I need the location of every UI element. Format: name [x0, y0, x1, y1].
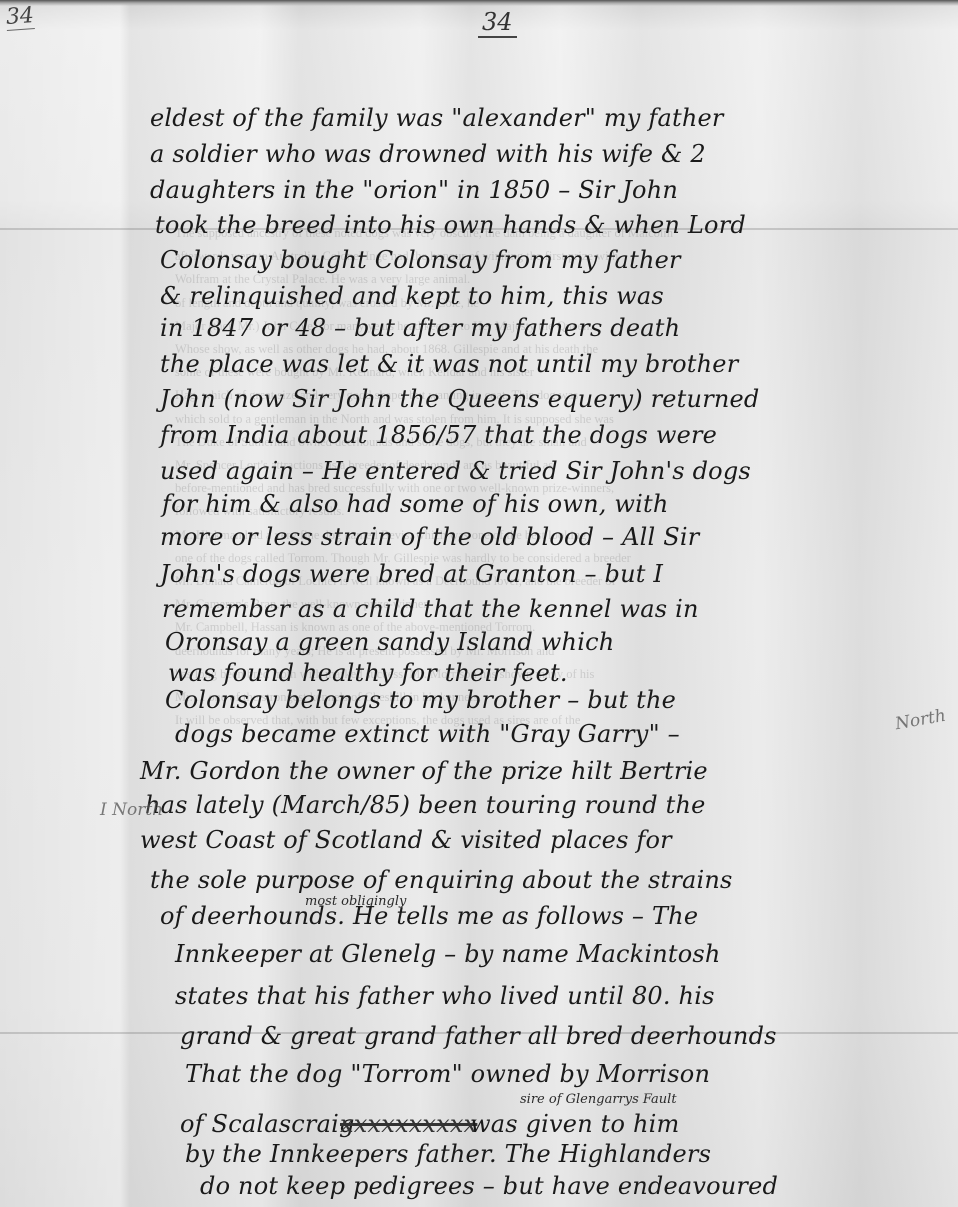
- handwritten-line: of Scalascraig: [180, 1110, 355, 1138]
- handwritten-line: dogs became extinct with "Gray Garry" –: [175, 720, 680, 748]
- handwritten-line: That the dog "Torrom" owned by Morrison: [185, 1060, 710, 1088]
- handwritten-line: a soldier who was drowned with his wife …: [150, 140, 706, 168]
- handwritten-line: John's dogs were bred at Granton – but I: [160, 560, 663, 588]
- handwritten-line: more or less strain of the old blood – A…: [160, 523, 699, 551]
- handwritten-line: daughters in the "orion" in 1850 – Sir J…: [150, 176, 678, 204]
- handwritten-line: has lately (March/85) been touring round…: [145, 791, 706, 819]
- handwritten-line: took the breed into his own hands & when…: [155, 211, 746, 239]
- handwritten-line: was found healthy for their feet.: [168, 659, 568, 687]
- interlinear-insertion: sire of Glengarrys Fault: [520, 1092, 677, 1107]
- handwritten-line: grand & great grand father all bred deer…: [180, 1022, 777, 1050]
- manuscript-page: The supposed ancestry of these noted dog…: [0, 0, 958, 1207]
- struck-out-text: xxxxxxxxxx: [340, 1110, 477, 1138]
- handwritten-line: do not keep pedigrees – but have endeavo…: [200, 1172, 778, 1200]
- handwritten-line: for him & also had some of his own, with: [162, 490, 669, 518]
- handwritten-line: the place was let & it was not until my …: [160, 350, 738, 378]
- handwritten-line: Colonsay belongs to my brother – but the: [165, 686, 676, 714]
- handwritten-line: used again – He entered & tried Sir John…: [160, 457, 751, 485]
- handwritten-line: states that his father who lived until 8…: [175, 982, 715, 1010]
- handwritten-line: west Coast of Scotland & visited places …: [140, 826, 672, 854]
- handwritten-line: of deerhounds. He tells me as follows – …: [160, 902, 698, 930]
- handwritten-line: the sole purpose of enquiring about the …: [150, 866, 733, 894]
- handwritten-line: from India about 1856/57 that the dogs w…: [160, 421, 717, 449]
- handwritten-line: Innkeeper at Glenelg – by name Mackintos…: [175, 940, 721, 968]
- corner-page-number: 34: [5, 3, 35, 31]
- handwritten-line: eldest of the family was "alexander" my …: [150, 104, 724, 132]
- handwritten-line: & relinquished and kept to him, this was: [160, 282, 664, 310]
- handwritten-line: remember as a child that the kennel was …: [162, 595, 699, 623]
- handwritten-line: by the Innkeepers father. The Highlander…: [185, 1140, 711, 1168]
- handwritten-line: Colonsay bought Colonsay from my father: [160, 246, 681, 274]
- handwritten-line: John (now Sir John the Queens equery) re…: [160, 385, 760, 413]
- paper-top-edge: [0, 0, 958, 6]
- handwritten-line: was given to him: [470, 1110, 680, 1138]
- left-margin-note: I North: [100, 800, 163, 820]
- right-margin-note: North: [894, 706, 948, 735]
- handwritten-line: Mr. Gordon the owner of the prize hilt B…: [140, 757, 708, 785]
- handwritten-line: in 1847 or 48 – but after my fathers dea…: [160, 314, 680, 342]
- page-number: 34: [478, 8, 517, 38]
- handwritten-line: Oronsay a green sandy Island which: [165, 628, 614, 656]
